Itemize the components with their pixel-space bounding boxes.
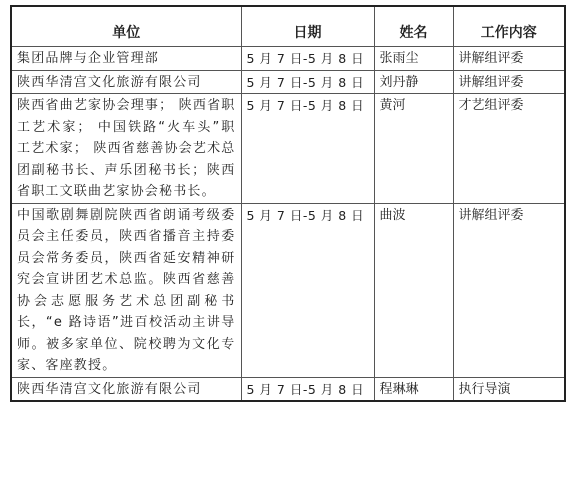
cell-work: 讲解组评委 <box>453 47 565 71</box>
cell-date: 5 月 7 日-5 月 8 日 <box>241 70 374 94</box>
cell-name: 程琳琳 <box>374 377 453 401</box>
staff-table: 单位 日期 姓名 工作内容 集团品牌与企业管理部 5 月 7 日-5 月 8 日… <box>10 5 566 402</box>
table-row: 陕西省曲艺家协会理事； 陕西省职工艺术家； 中国铁路“火车头”职工艺术家； 陕西… <box>11 94 565 204</box>
cell-unit: 陕西华清宫文化旅游有限公司 <box>11 377 241 401</box>
cell-name: 刘丹静 <box>374 70 453 94</box>
cell-name: 张雨尘 <box>374 47 453 71</box>
cell-unit: 陕西华清宫文化旅游有限公司 <box>11 70 241 94</box>
cell-date: 5 月 7 日-5 月 8 日 <box>241 47 374 71</box>
cell-name: 黄河 <box>374 94 453 204</box>
table-row: 陕西华清宫文化旅游有限公司 5 月 7 日-5 月 8 日 刘丹静 讲解组评委 <box>11 70 565 94</box>
header-work: 工作内容 <box>453 6 565 47</box>
cell-work: 执行导演 <box>453 377 565 401</box>
cell-unit: 中国歌剧舞剧院陕西省朗诵考级委员会主任委员，陕西省播音主持委员会常务委员，陕西省… <box>11 203 241 377</box>
header-name: 姓名 <box>374 6 453 47</box>
header-unit: 单位 <box>11 6 241 47</box>
table-row: 陕西华清宫文化旅游有限公司 5 月 7 日-5 月 8 日 程琳琳 执行导演 <box>11 377 565 401</box>
cell-name: 曲波 <box>374 203 453 377</box>
cell-work: 讲解组评委 <box>453 203 565 377</box>
table-row: 中国歌剧舞剧院陕西省朗诵考级委员会主任委员，陕西省播音主持委员会常务委员，陕西省… <box>11 203 565 377</box>
header-date: 日期 <box>241 6 374 47</box>
cell-unit: 集团品牌与企业管理部 <box>11 47 241 71</box>
header-row: 单位 日期 姓名 工作内容 <box>11 6 565 47</box>
table-row: 集团品牌与企业管理部 5 月 7 日-5 月 8 日 张雨尘 讲解组评委 <box>11 47 565 71</box>
cell-date: 5 月 7 日-5 月 8 日 <box>241 94 374 204</box>
cell-work: 讲解组评委 <box>453 70 565 94</box>
cell-date: 5 月 7 日-5 月 8 日 <box>241 377 374 401</box>
cell-date: 5 月 7 日-5 月 8 日 <box>241 203 374 377</box>
cell-unit: 陕西省曲艺家协会理事； 陕西省职工艺术家； 中国铁路“火车头”职工艺术家； 陕西… <box>11 94 241 204</box>
cell-work: 才艺组评委 <box>453 94 565 204</box>
